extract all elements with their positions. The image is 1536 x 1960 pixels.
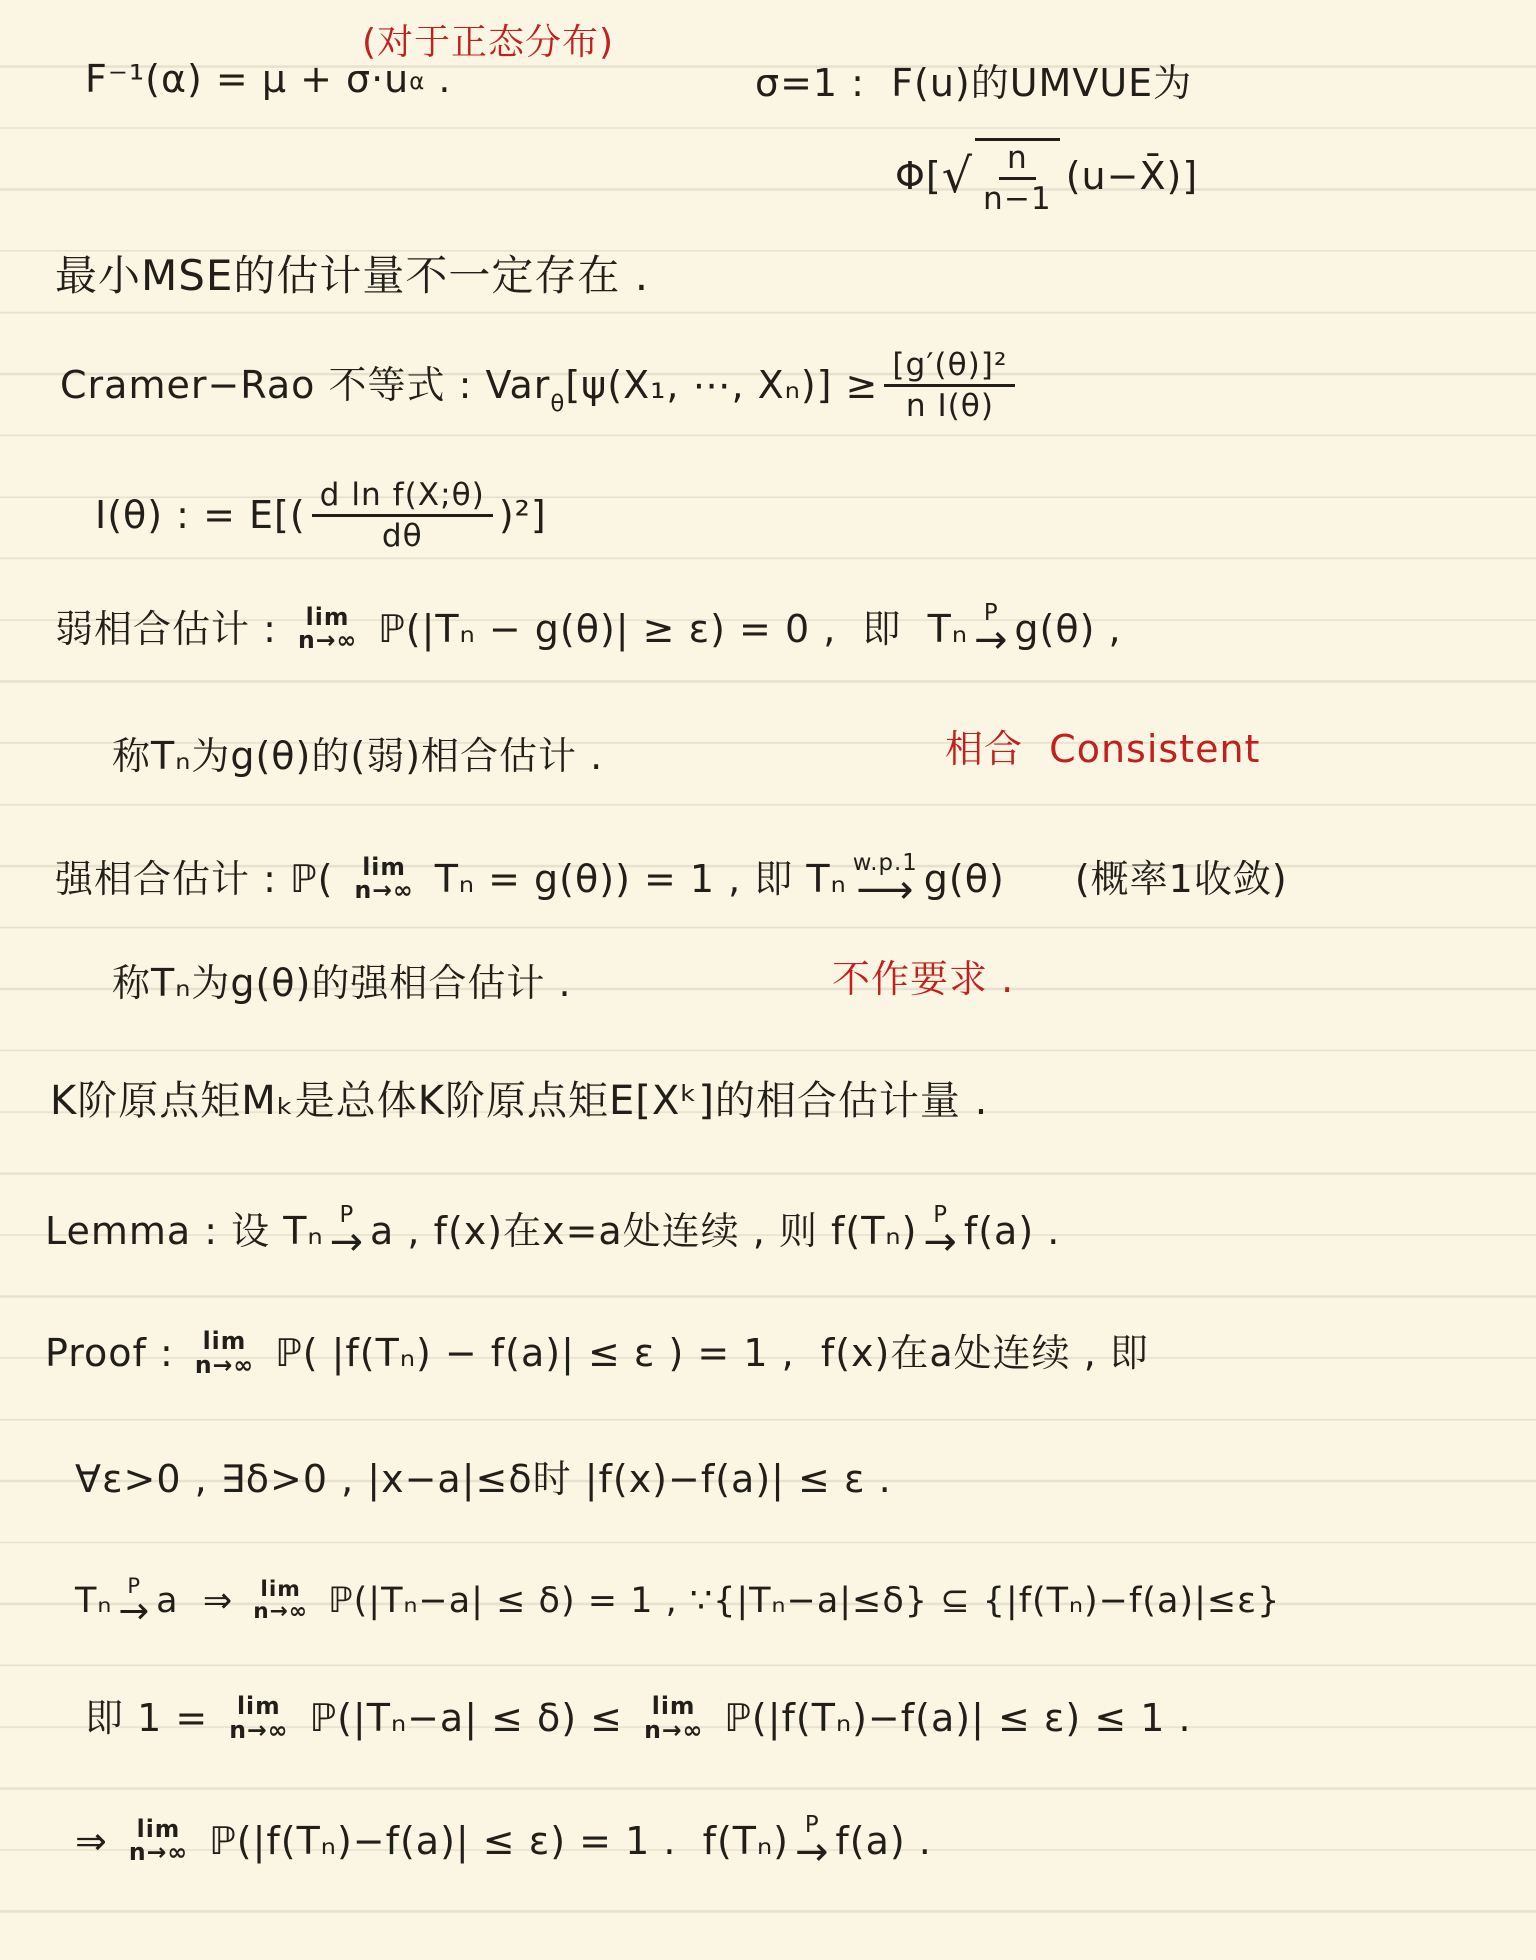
limit-stack: lim n→∞ [644,1695,703,1742]
proof3-mid: a ⇒ [156,1581,245,1621]
umvue-intro: σ=1 : F(u)的UMVUE为 [755,62,1192,106]
not-required-annotation: 不作要求 . [832,958,1014,1002]
moment-estimator-statement: K阶原点矩Mₖ是总体K阶原点矩E[Xᵏ]的相合估计量 . [50,1078,988,1124]
strong-consistency-def: 强相合估计 : ℙ( lim n→∞ Tₙ = g(θ)) = 1 , 即 Tₙ… [55,848,1288,911]
proof4-body: ℙ(|f(Tₙ)−f(a)| ≤ ε) ≤ 1 . [711,1697,1191,1741]
lim-subscript: n→∞ [298,629,357,653]
arrow-glyph: → [795,1833,829,1873]
lemma-mid: a , f(x)在x=a处连续 , 则 f(Tₙ) [370,1210,917,1254]
proof1-body: ℙ( |f(Tₙ) − f(a)| ≤ ε ) = 1 , f(x)在a处连续 … [262,1332,1149,1376]
cramer-rao-pre: Cramer−Rao 不等式 : Var [60,364,550,408]
umvue-formula: Φ[ √ n n−1 (u−X̄)] [895,138,1198,217]
var-subscript: θ [550,391,565,417]
quantile-pre: F⁻¹(α) = μ + σ·u [85,58,409,102]
proof3-pre: Tₙ [75,1581,112,1621]
weak-pre: 弱相合估计 : [55,608,290,652]
arrow-label-p: P [984,602,999,625]
cramer-rao-den: n I(θ) [898,387,1002,423]
arrow-label-p: P [339,1204,354,1227]
lim-subscript: n→∞ [355,879,414,903]
proof-line-3: Tₙ P → a ⇒ lim n→∞ ℙ(|Tₙ−a| ≤ δ) = 1 , ∵… [75,1572,1280,1630]
arrow-label-p: P [127,1576,141,1597]
strong-mid: Tₙ = g(θ)) = 1 , 即 Tₙ [422,858,847,902]
arrow-label-p: P [805,1814,820,1837]
strong-naming-text: 称Tₙ为g(θ)的强相合估计 . [112,962,572,1006]
umvue-pre: Φ[ [895,155,942,199]
arrow-label-p: P [933,1204,948,1227]
quantile-post: . [425,58,451,102]
umvue-fraction: n n−1 [975,138,1060,217]
limit-stack: lim n→∞ [129,1818,188,1865]
converge-wp1-arrow: w.p.1 ⟶ [853,848,918,911]
weak-consistency-naming: 称Tₙ为g(θ)的(弱)相合估计 . [112,735,603,779]
limit-stack: lim n→∞ [195,1330,254,1377]
weak-mid: ℙ(|Tₙ − g(θ)| ≥ ε) = 0 , 即 Tₙ [365,608,968,652]
umvue-post: (u−X̄)] [1066,155,1198,199]
proof5-pre: ⇒ [75,1820,121,1864]
fisher-den: dθ [374,517,431,553]
moment-statement-text: K阶原点矩Mₖ是总体K阶原点矩E[Xᵏ]的相合估计量 . [50,1078,988,1124]
fisher-information-def: I(θ) : = E[( d ln f(X;θ) dθ )²] [95,478,547,554]
cramer-rao-fraction: [g′(θ)]² n I(θ) [884,348,1015,424]
lim-subscript: n→∞ [195,1354,254,1378]
weak-post: g(θ) , [1014,608,1121,652]
limit-stack: lim n→∞ [229,1695,288,1742]
fisher-pre: I(θ) : = E[( [95,494,306,538]
weak-naming-text: 称Tₙ为g(θ)的(弱)相合估计 . [112,735,603,779]
lemma-post: f(a) . [964,1210,1060,1254]
proof-line-5: ⇒ lim n→∞ ℙ(|f(Tₙ)−f(a)| ≤ ε) = 1 . f(Tₙ… [75,1810,932,1873]
umvue-frac-num: n [999,141,1036,180]
converge-in-prob-arrow: P → [923,1200,957,1263]
arrow-glyph: → [923,1223,957,1263]
lim-subscript: n→∞ [129,1841,188,1865]
arrow-glyph: → [974,621,1008,661]
converge-in-prob-arrow: P → [795,1810,829,1873]
cramer-rao-inequality: Cramer−Rao 不等式 : Varθ[ψ(X₁, ⋯, Xₙ)] ≥ [g… [60,348,1021,424]
strong-consistency-naming: 称Tₙ为g(θ)的强相合估计 . [112,962,572,1006]
proof5-mid: ℙ(|f(Tₙ)−f(a)| ≤ ε) = 1 . f(Tₙ) [196,1820,789,1864]
limit-stack: lim n→∞ [355,856,414,903]
proof3-body: ℙ(|Tₙ−a| ≤ δ) = 1 , ∵{|Tₙ−a|≤δ} ⊆ {|f(Tₙ… [316,1581,1280,1621]
limit-stack: lim n→∞ [298,606,357,653]
proof-label: Proof : [45,1332,187,1376]
lim-subscript: n→∞ [253,1601,308,1623]
not-required-text: 不作要求 . [832,958,1014,1002]
strong-post: g(θ) [924,858,1005,902]
quantile-formula: F⁻¹(α) = μ + σ·uα . [85,58,451,102]
arrow-glyph: → [330,1223,364,1263]
quantile-sub: α [409,69,425,95]
arrow-glyph: ⟶ [856,871,914,911]
strong-paren-note: (概率1收敛) [1075,858,1288,902]
proof5-post: f(a) . [835,1820,931,1864]
min-mse-statement: 最小MSE的估计量不一定存在 . [55,252,649,300]
cramer-rao-mid: [ψ(X₁, ⋯, Xₙ)] ≥ [565,364,878,408]
fisher-fraction: d ln f(X;θ) dθ [312,478,493,554]
lim-subscript: n→∞ [229,1719,288,1743]
umvue-frac-den: n−1 [975,180,1060,216]
proof4-mid: ℙ(|Tₙ−a| ≤ δ) ≤ [296,1697,636,1741]
fisher-post: )²] [499,494,547,538]
note-page: (对于正态分布) F⁻¹(α) = μ + σ·uα . σ=1 : F(u)的… [0,0,1536,1960]
converge-in-prob-arrow: P → [974,598,1008,661]
consistent-annotation: 相合 Consistent [945,728,1260,772]
min-mse-text: 最小MSE的估计量不一定存在 . [55,252,649,300]
lemma-pre: Lemma : 设 Tₙ [45,1210,324,1254]
arrow-glyph: → [118,1593,150,1630]
cramer-rao-num: [g′(θ)]² [884,348,1015,387]
proof4-pre: 即 1 = [85,1697,221,1741]
converge-in-prob-arrow: P → [118,1572,150,1630]
weak-consistency-def: 弱相合估计 : lim n→∞ ℙ(|Tₙ − g(θ)| ≥ ε) = 0 ,… [55,598,1122,661]
fisher-num: d ln f(X;θ) [312,478,493,517]
converge-in-prob-arrow: P → [330,1200,364,1263]
proof-line-1: Proof : lim n→∞ ℙ( |f(Tₙ) − f(a)| ≤ ε ) … [45,1330,1149,1377]
lemma-statement: Lemma : 设 Tₙ P → a , f(x)在x=a处连续 , 则 f(T… [45,1200,1060,1263]
arrow-label-wp1: w.p.1 [853,852,918,875]
proof-line-4: 即 1 = lim n→∞ ℙ(|Tₙ−a| ≤ δ) ≤ lim n→∞ ℙ(… [85,1695,1192,1742]
lim-text: lim [260,1579,300,1601]
proof2-body: ∀ε>0 , ∃δ>0 , |x−a|≤δ时 |f(x)−f(a)| ≤ ε . [75,1458,892,1502]
strong-pre: 强相合估计 : ℙ( [55,858,347,902]
lim-subscript: n→∞ [644,1719,703,1743]
proof-line-2: ∀ε>0 , ∃δ>0 , |x−a|≤δ时 |f(x)−f(a)| ≤ ε . [75,1458,892,1502]
umvue-intro-text: σ=1 : F(u)的UMVUE为 [755,62,1192,106]
sqrt-radical: √ [942,150,973,205]
consistent-annotation-text: 相合 Consistent [945,728,1260,772]
limit-stack: lim n→∞ [253,1579,308,1622]
